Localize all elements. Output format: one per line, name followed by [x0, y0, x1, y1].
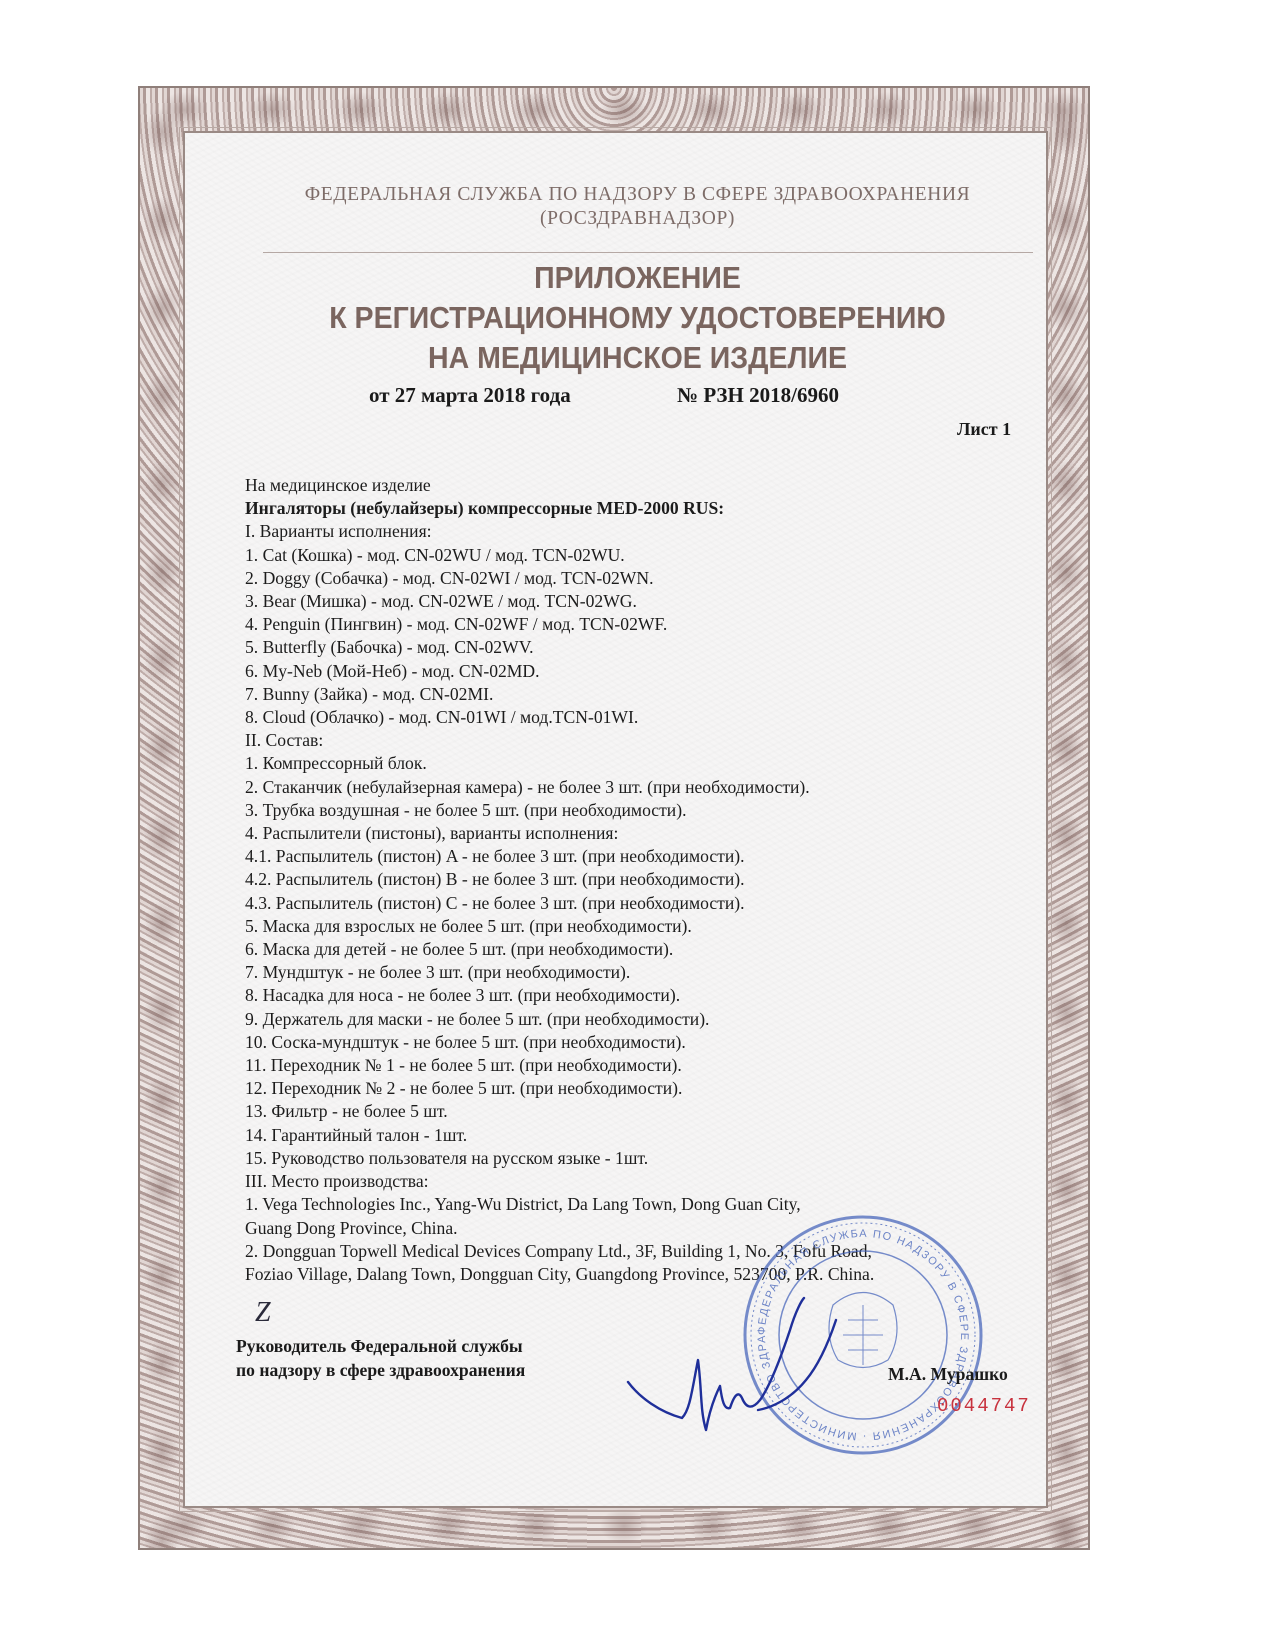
composition-item: 4.1. Распылитель (пистон) A - не более 3…	[245, 845, 1025, 868]
composition-item: 11. Переходник № 1 - не более 5 шт. (при…	[245, 1054, 1025, 1077]
composition-item: 4. Распылители (пистоны), варианты испол…	[245, 822, 1025, 845]
composition-item: 9. Держатель для маски - не более 5 шт. …	[245, 1008, 1025, 1031]
signatory-name: М.А. Мурашко	[888, 1364, 1008, 1385]
device-name: Ингаляторы (небулайзеры) компрессорные M…	[245, 497, 1025, 520]
handwritten-signature	[620, 1290, 850, 1440]
registration-number: № РЗН 2018/6960	[677, 383, 839, 408]
title-line-3: НА МЕДИЦИНСКОЕ ИЗДЕЛИЕ	[51, 338, 1224, 378]
composition-item: 2. Стаканчик (небулайзерная камера) - не…	[245, 776, 1025, 799]
variant-item: 2. Doggy (Собачка) - мод. CN-02WI / мод.…	[245, 567, 1025, 590]
production-heading: III. Место производства:	[245, 1170, 1025, 1193]
variants-heading: I. Варианты исполнения:	[245, 520, 1025, 543]
composition-item: 12. Переходник № 2 - не более 5 шт. (при…	[245, 1077, 1025, 1100]
border-band-bottom	[140, 1504, 1088, 1548]
serial-number: 0044747	[937, 1395, 1031, 1417]
composition-item: 15. Руководство пользователя на русском …	[245, 1147, 1025, 1170]
composition-item: 7. Мундштук - не более 3 шт. (при необхо…	[245, 961, 1025, 984]
variant-item: 4. Penguin (Пингвин) - мод. CN-02WF / мо…	[245, 613, 1025, 636]
variant-item: 5. Butterfly (Бабочка) - мод. CN-02WV.	[245, 636, 1025, 659]
initial-mark: Z	[255, 1297, 271, 1329]
variants-list: 1. Cat (Кошка) - мод. CN-02WU / мод. TCN…	[245, 544, 1025, 730]
signatory-title-line-2: по надзору в сфере здравоохранения	[236, 1358, 525, 1382]
header-divider	[263, 252, 1033, 253]
variant-item: 7. Bunny (Зайка) - мод. CN-02MI.	[245, 683, 1025, 706]
composition-item: 6. Маска для детей - не более 5 шт. (при…	[245, 938, 1025, 961]
document-title: ПРИЛОЖЕНИЕ К РЕГИСТРАЦИОННОМУ УДОСТОВЕРЕ…	[51, 258, 1224, 378]
device-intro: На медицинское изделие	[245, 474, 1025, 497]
variant-item: 3. Bear (Мишка) - мод. CN-02WE / мод. TC…	[245, 590, 1025, 613]
composition-item: 13. Фильтр - не более 5 шт.	[245, 1100, 1025, 1123]
variant-item: 1. Cat (Кошка) - мод. CN-02WU / мод. TCN…	[245, 544, 1025, 567]
sheet-number: Лист 1	[957, 419, 1011, 440]
agency-header: ФЕДЕРАЛЬНАЯ СЛУЖБА ПО НАДЗОРУ В СФЕРЕ ЗД…	[0, 183, 1275, 231]
title-line-1: ПРИЛОЖЕНИЕ	[51, 258, 1224, 298]
signatory-title-line-1: Руководитель Федеральной службы	[236, 1334, 525, 1358]
composition-item: 4.3. Распылитель (пистон) C - не более 3…	[245, 892, 1025, 915]
composition-item: 5. Маска для взрослых не более 5 шт. (пр…	[245, 915, 1025, 938]
agency-abbreviation: (РОСЗДРАВНАДЗОР)	[0, 207, 1275, 231]
title-line-2: К РЕГИСТРАЦИОННОМУ УДОСТОВЕРЕНИЮ	[51, 298, 1224, 338]
variant-item: 8. Cloud (Облачко) - мод. CN-01WI / мод.…	[245, 706, 1025, 729]
composition-item: 8. Насадка для носа - не более 3 шт. (пр…	[245, 984, 1025, 1007]
composition-item: 3. Трубка воздушная - не более 5 шт. (пр…	[245, 799, 1025, 822]
composition-heading: II. Состав:	[245, 729, 1025, 752]
document-body: На медицинское изделие Ингаляторы (небул…	[245, 474, 1025, 1286]
composition-item: 1. Компрессорный блок.	[245, 752, 1025, 775]
composition-item: 10. Соска-мундштук - не более 5 шт. (при…	[245, 1031, 1025, 1054]
composition-item: 4.2. Распылитель (пистон) B - не более 3…	[245, 868, 1025, 891]
variant-item: 6. My-Neb (Мой-Неб) - мод. CN-02MD.	[245, 660, 1025, 683]
signatory-title: Руководитель Федеральной службы по надзо…	[236, 1334, 525, 1382]
agency-name: ФЕДЕРАЛЬНАЯ СЛУЖБА ПО НАДЗОРУ В СФЕРЕ ЗД…	[0, 183, 1275, 207]
registration-date: от 27 марта 2018 года	[369, 383, 571, 408]
composition-item: 14. Гарантийный талон - 1шт.	[245, 1124, 1025, 1147]
composition-list: 1. Компрессорный блок.2. Стаканчик (небу…	[245, 752, 1025, 1170]
